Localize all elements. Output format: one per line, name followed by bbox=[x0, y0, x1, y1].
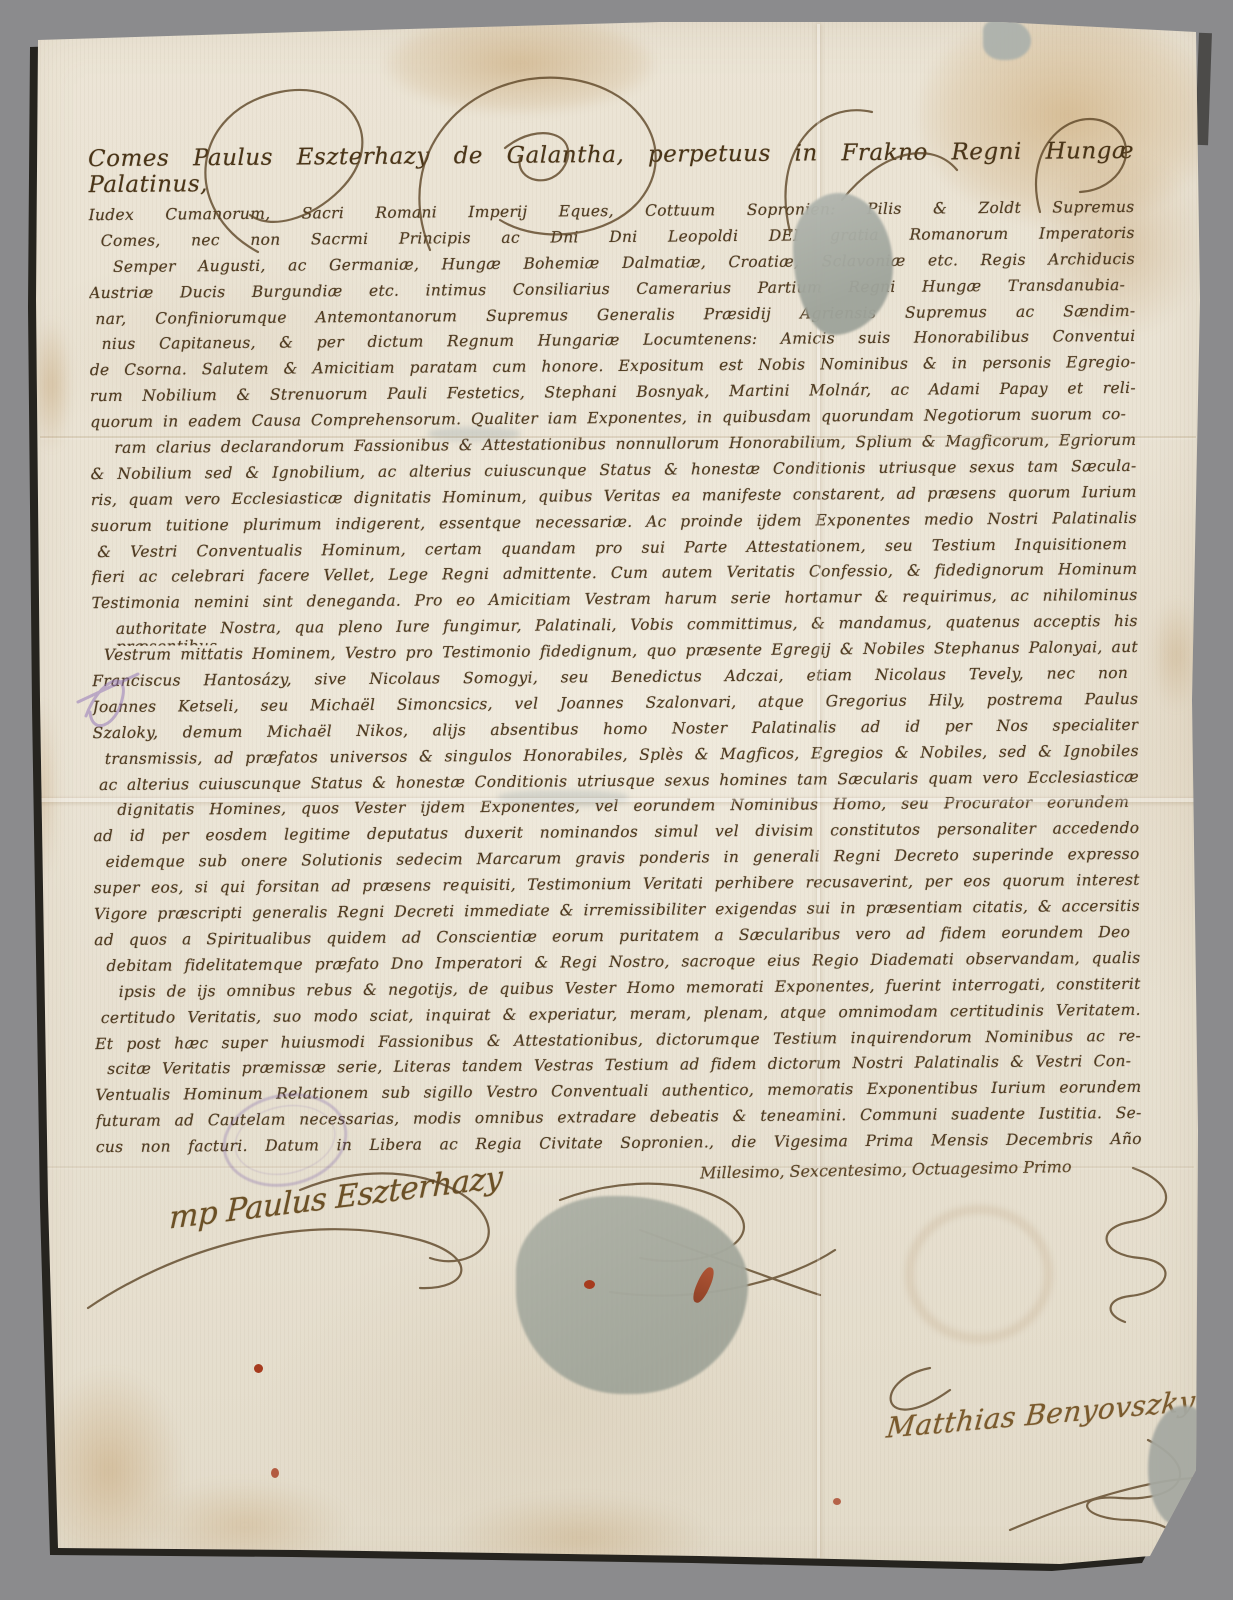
signature-matthias-benyovszky: Matthias Benyovszky bbox=[885, 1384, 1197, 1444]
signature-paulus-eszterhazy: mp Paulus Eszterhazy bbox=[169, 1159, 503, 1236]
backing-sliver-top-right bbox=[1195, 33, 1212, 145]
wax-speck bbox=[584, 1280, 595, 1289]
stain-right-middle bbox=[1150, 600, 1202, 710]
opening-line: Comes Paulus Eszterhazy de Galantha, per… bbox=[88, 138, 1134, 202]
flourish-benyovszky-lead bbox=[891, 1368, 950, 1410]
horizontal-fold-middle bbox=[38, 798, 1198, 802]
stain-top-center bbox=[386, 14, 654, 114]
date-line: Millesimo, Sexcentesimo, Octuagesimo Pri… bbox=[700, 1157, 1100, 1183]
flourish-eszterhazy-sweep bbox=[88, 1229, 461, 1308]
flourish-date-curl bbox=[1107, 1168, 1166, 1322]
repair-patch-right-edge bbox=[1148, 1406, 1212, 1526]
stain-ring bbox=[905, 1205, 1053, 1343]
wax-speck bbox=[833, 1498, 841, 1505]
repair-patch-top-edge bbox=[983, 20, 1031, 60]
horizontal-fold-lower bbox=[44, 1166, 1194, 1168]
manuscript-text-block: Comes Paulus Eszterhazy de Galantha, per… bbox=[88, 138, 1142, 1164]
repair-patch-seal-area bbox=[516, 1196, 748, 1394]
manuscript-paper: Comes Paulus Eszterhazy de Galantha, per… bbox=[0, 0, 1233, 1600]
photograph-of-manuscript: Comes Paulus Eszterhazy de Galantha, per… bbox=[0, 0, 1233, 1600]
stain-bottom-center bbox=[450, 1495, 710, 1580]
wax-speck bbox=[271, 1468, 279, 1478]
horizontal-fold-upper bbox=[40, 436, 1196, 438]
body-lines: Iudex Cumanorum, Sacri Romani Imperij Eq… bbox=[88, 198, 1141, 1164]
wax-speck bbox=[254, 1364, 263, 1373]
